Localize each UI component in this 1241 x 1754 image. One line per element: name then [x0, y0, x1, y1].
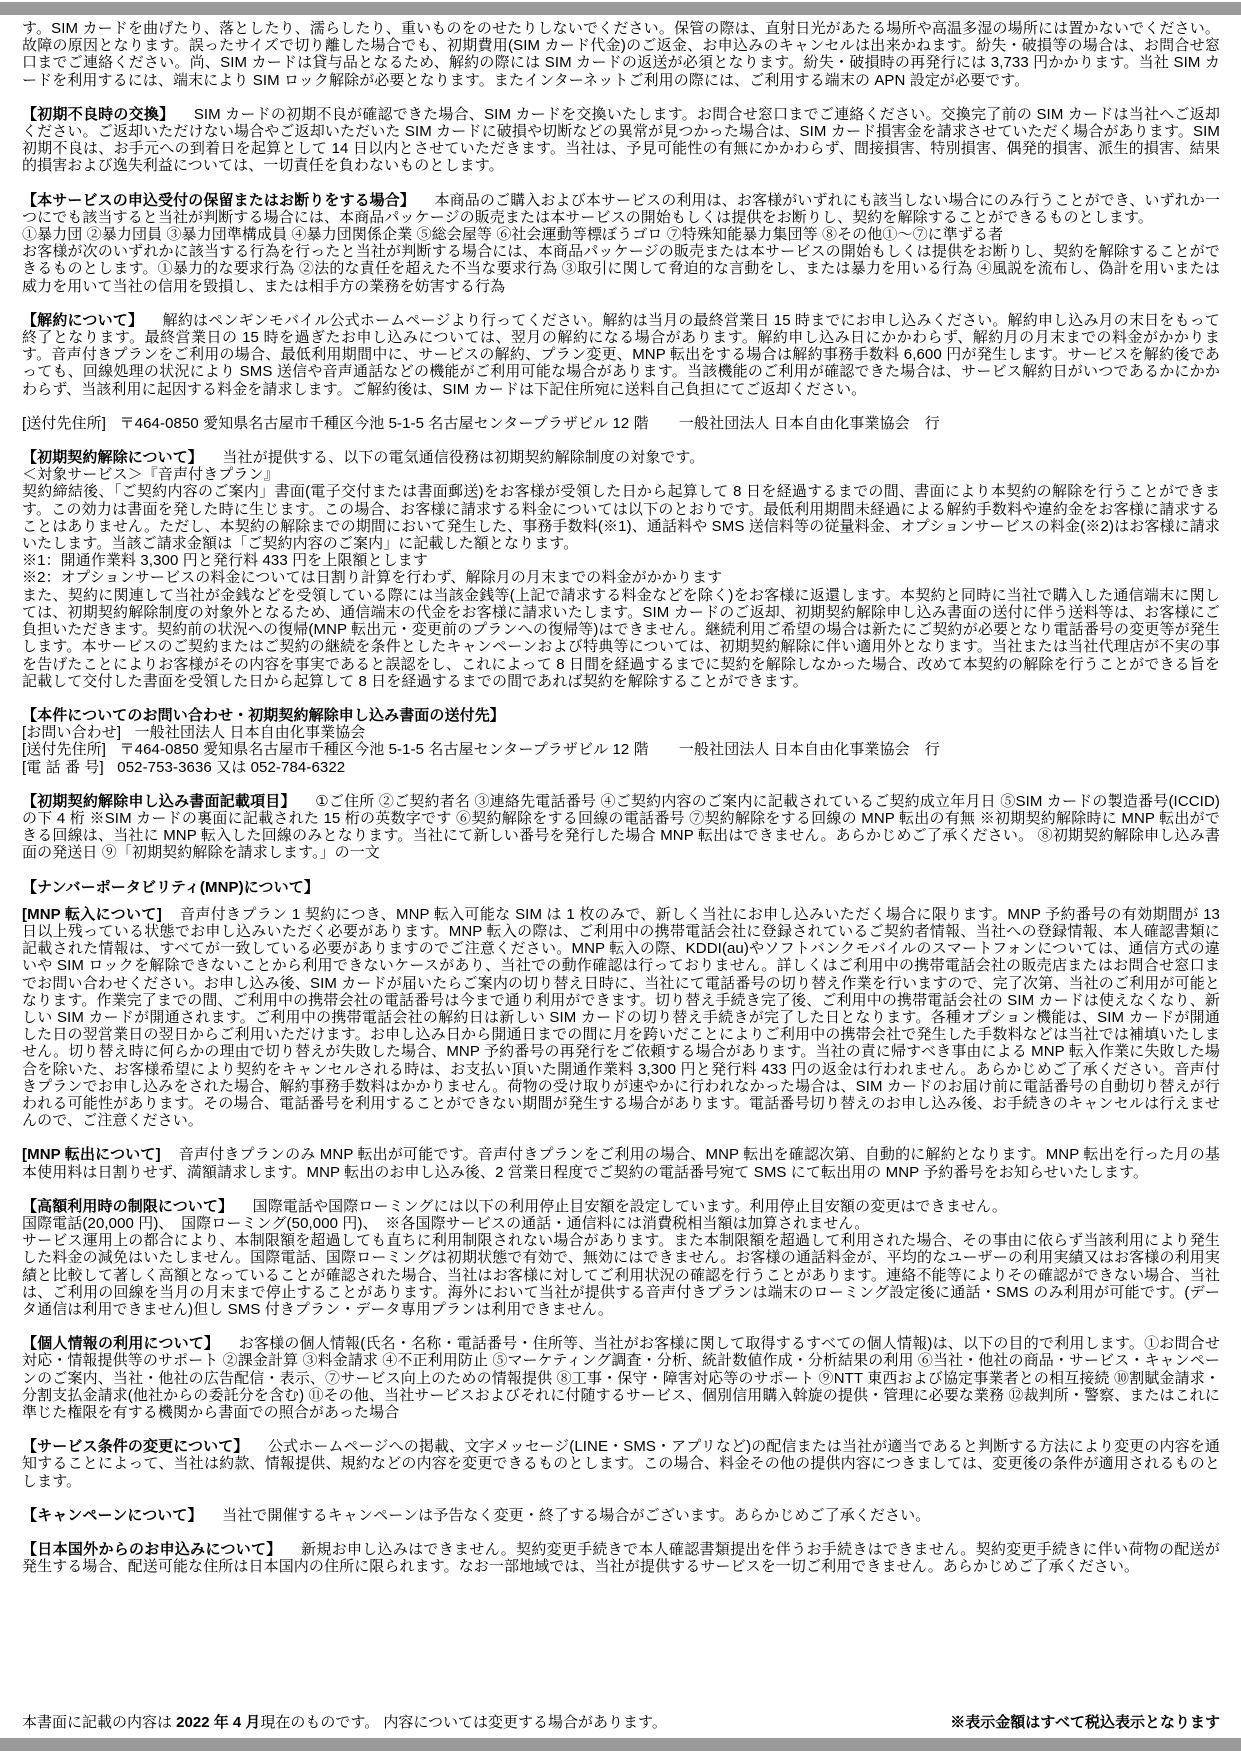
top-gray-band — [0, 2, 1241, 15]
block-label: [送付先住所] — [22, 741, 106, 758]
block: 【サービス条件の変更について】公式ホームページへの掲載、文字メッセージ(LINE… — [22, 1438, 1220, 1490]
block-text: 国際電話や国際ローミングには以下の利用停止目安額を設定しています。利用停止目安額… — [253, 1198, 1007, 1215]
block-label: [送付先住所] — [22, 415, 106, 432]
section: 【キャンペーンについて】当社で開催するキャンペーンは予告なく変更・終了する場合が… — [22, 1507, 1220, 1524]
section-heading: 【初期不良時の交換】 — [22, 106, 174, 123]
section: [送付先住所]〒464-0850 愛知県名古屋市千種区今池 5-1-5 名古屋セ… — [22, 415, 1220, 432]
block: 【キャンペーンについて】当社で開催するキャンペーンは予告なく変更・終了する場合が… — [22, 1507, 1220, 1524]
block-text: また、契約に関連して当社が金銭などを受領している際には当該金銭等(上記で請求する… — [22, 587, 1220, 690]
section-heading: 【初期契約解除について】 — [22, 449, 203, 466]
section: 【個人情報の利用について】お客様の個人情報(氏名・名称・電話番号・住所等、当社が… — [22, 1335, 1220, 1421]
block: ※1：開通作業料 3,300 円と発行料 433 円を上限額とします — [22, 552, 1220, 569]
block-text: ※2：オプションサービスの料金については日割り計算を行わず、解除月の月末までの料… — [22, 569, 722, 586]
section: 【解約について】解約はペンギンモバイル公式ホームページより行ってください。解約は… — [22, 312, 1220, 398]
block: [MNP 転出について]音声付きプランのみ MNP 転出が可能です。音声付きプラ… — [22, 1146, 1220, 1180]
block-text: 052-753-3636 又は 052-784-6322 — [117, 759, 345, 776]
block: 【初期不良時の交換】SIM カードの初期不良が確認できた場合、SIM カードを交… — [22, 106, 1220, 175]
footer-left-date: 2022 年 4 月 — [176, 1714, 260, 1731]
footer-left-prefix: 本書面に記載の内容は — [22, 1714, 176, 1731]
section: 【ナンバーポータビリティ(MNP)について】 — [22, 879, 1220, 896]
section-heading: 【解約について】 — [22, 312, 143, 329]
block-text: 国際電話(20,000 円)、 国際ローミング(50,000 円)、 ※各国際サ… — [22, 1215, 869, 1232]
document-page: す。SIM カードを曲げたり、落としたり、濡らしたり、重いものをのせたりしないで… — [0, 0, 1241, 1754]
block: 【解約について】解約はペンギンモバイル公式ホームページより行ってください。解約は… — [22, 312, 1220, 398]
block-text: 当社で開催するキャンペーンは予告なく変更・終了する場合がございます。あらかじめご… — [222, 1507, 930, 1524]
section-heading: 【初期契約解除申し込み書面記載項目】 — [22, 793, 296, 810]
block: サービス運用上の都合により、本制限額を超過しても直ちに利用制限されない場合があり… — [22, 1232, 1220, 1318]
block: 【本サービスの申込受付の保留またはお断りをする場合】本商品のご購入および本サービ… — [22, 192, 1220, 226]
block-text: 当社が提供する、以下の電気通信役務は初期契約解除制度の対象です。 — [222, 449, 704, 466]
block: 契約締結後、「ご契約内容のご案内」書面(電子交付または書面郵送)をお客様が受領し… — [22, 483, 1220, 552]
block: お客様が次のいずれかに該当する行為を行ったと当社が判断する場合には、本商品パッケ… — [22, 243, 1220, 295]
section: 【本件についてのお問い合わせ・初期契約解除申し込み書面の送付先】[お問い合わせ]… — [22, 707, 1220, 776]
block-label: [お問い合わせ] — [22, 724, 121, 741]
subsection-heading: [MNP 転入について] — [22, 906, 162, 923]
section: 【サービス条件の変更について】公式ホームページへの掲載、文字メッセージ(LINE… — [22, 1438, 1220, 1490]
block-text: お客様が次のいずれかに該当する行為を行ったと当社が判断する場合には、本商品パッケ… — [22, 243, 1220, 294]
sections: 【初期不良時の交換】SIM カードの初期不良が確認できた場合、SIM カードを交… — [22, 106, 1220, 1576]
block-text: 解約はペンギンモバイル公式ホームページより行ってください。解約は当月の最終営業日… — [22, 312, 1220, 398]
block-text: ①暴力団 ②暴力団員 ③暴力団準構成員 ④暴力団関係企業 ⑤総会屋等 ⑥社会運動… — [22, 226, 1003, 243]
block: [電 話 番 号]052-753-3636 又は 052-784-6322 — [22, 759, 1220, 776]
block: 【初期契約解除について】当社が提供する、以下の電気通信役務は初期契約解除制度の対… — [22, 449, 1220, 466]
section: [MNP 転出について]音声付きプランのみ MNP 転出が可能です。音声付きプラ… — [22, 1146, 1220, 1180]
block: [送付先住所]〒464-0850 愛知県名古屋市千種区今池 5-1-5 名古屋セ… — [22, 741, 1220, 758]
block-text: 音声付きプランのみ MNP 転出が可能です。音声付きプランをご利用の場合、MNP… — [22, 1146, 1220, 1180]
footer-left-suffix: 現在のものです。 内容については変更する場合があります。 — [260, 1714, 666, 1731]
footer: 本書面に記載の内容は 2022 年 4 月現在のものです。 内容については変更す… — [22, 1714, 1220, 1731]
block: 【初期契約解除申し込み書面記載項目】①ご住所 ②ご契約者名 ③連絡先電話番号 ④… — [22, 793, 1220, 862]
section-heading: 【本件についてのお問い合わせ・初期契約解除申し込み書面の送付先】 — [22, 707, 1220, 724]
section-heading: 【本サービスの申込受付の保留またはお断りをする場合】 — [22, 192, 415, 209]
section: 【高額利用時の制限について】国際電話や国際ローミングには以下の利用停止目安額を設… — [22, 1198, 1220, 1318]
block-text: ＜対象サービス＞『音声付きプラン』 — [22, 466, 279, 483]
intro-section: す。SIM カードを曲げたり、落としたり、濡らしたり、重いものをのせたりしないで… — [22, 20, 1220, 89]
section: 【日本国外からのお申込みについて】新規お申し込みはできません。契約変更手続きで本… — [22, 1541, 1220, 1575]
block-text: 契約締結後、「ご契約内容のご案内」書面(電子交付または書面郵送)をお客様が受領し… — [22, 483, 1220, 552]
footer-left: 本書面に記載の内容は 2022 年 4 月現在のものです。 内容については変更す… — [22, 1714, 667, 1731]
section-heading: 【キャンペーンについて】 — [22, 1507, 203, 1524]
section: [MNP 転入について]音声付きプラン 1 契約につき、MNP 転入可能な SI… — [22, 906, 1220, 1130]
block: ①暴力団 ②暴力団員 ③暴力団準構成員 ④暴力団関係企業 ⑤総会屋等 ⑥社会運動… — [22, 226, 1220, 243]
block: [お問い合わせ]一般社団法人 日本自由化事業協会 — [22, 724, 1220, 741]
block-text: 〒464-0850 愛知県名古屋市千種区今池 5-1-5 名古屋センタープラザビ… — [120, 741, 940, 758]
block: 【高額利用時の制限について】国際電話や国際ローミングには以下の利用停止目安額を設… — [22, 1198, 1220, 1215]
section: 【初期不良時の交換】SIM カードの初期不良が確認できた場合、SIM カードを交… — [22, 106, 1220, 175]
bottom-gray-band — [0, 1738, 1241, 1751]
section: 【初期契約解除申し込み書面記載項目】①ご住所 ②ご契約者名 ③連絡先電話番号 ④… — [22, 793, 1220, 862]
section: 【本サービスの申込受付の保留またはお断りをする場合】本商品のご購入および本サービ… — [22, 192, 1220, 295]
footer-right: ※表示金額はすべて税込表示となります — [950, 1714, 1220, 1731]
subsection-heading: [MNP 転出について] — [22, 1146, 161, 1163]
document-content: す。SIM カードを曲げたり、落としたり、濡らしたり、重いものをのせたりしないで… — [22, 20, 1220, 1575]
section-heading: 【個人情報の利用について】 — [22, 1335, 219, 1352]
block-text: 一般社団法人 日本自由化事業協会 — [135, 724, 366, 741]
block-text: ※1：開通作業料 3,300 円と発行料 433 円を上限額とします — [22, 552, 428, 569]
block-label: [電 話 番 号] — [22, 759, 104, 776]
block-text: SIM カードの初期不良が確認できた場合、SIM カードを交換いたします。お問合… — [22, 106, 1220, 175]
block-text: 〒464-0850 愛知県名古屋市千種区今池 5-1-5 名古屋センタープラザビ… — [120, 415, 940, 432]
section-heading: 【ナンバーポータビリティ(MNP)について】 — [22, 879, 1220, 896]
block: 【個人情報の利用について】お客様の個人情報(氏名・名称・電話番号・住所等、当社が… — [22, 1335, 1220, 1421]
section-heading: 【日本国外からのお申込みについて】 — [22, 1541, 282, 1558]
section: 【初期契約解除について】当社が提供する、以下の電気通信役務は初期契約解除制度の対… — [22, 449, 1220, 690]
block: ※2：オプションサービスの料金については日割り計算を行わず、解除月の月末までの料… — [22, 569, 1220, 586]
intro-paragraph: す。SIM カードを曲げたり、落としたり、濡らしたり、重いものをのせたりしないで… — [22, 20, 1220, 89]
block: また、契約に関連して当社が金銭などを受領している際には当該金銭等(上記で請求する… — [22, 587, 1220, 690]
block: 【日本国外からのお申込みについて】新規お申し込みはできません。契約変更手続きで本… — [22, 1541, 1220, 1575]
section-heading: 【サービス条件の変更について】 — [22, 1438, 249, 1455]
section-heading: 【高額利用時の制限について】 — [22, 1198, 233, 1215]
block: 国際電話(20,000 円)、 国際ローミング(50,000 円)、 ※各国際サ… — [22, 1215, 1220, 1232]
block: [MNP 転入について]音声付きプラン 1 契約につき、MNP 転入可能な SI… — [22, 906, 1220, 1130]
block: ＜対象サービス＞『音声付きプラン』 — [22, 466, 1220, 483]
block-text: 音声付きプラン 1 契約につき、MNP 転入可能な SIM は 1 枚のみで、新… — [22, 906, 1220, 1129]
block-text: サービス運用上の都合により、本制限額を超過しても直ちに利用制限されない場合があり… — [22, 1232, 1220, 1318]
block: [送付先住所]〒464-0850 愛知県名古屋市千種区今池 5-1-5 名古屋セ… — [22, 415, 1220, 432]
